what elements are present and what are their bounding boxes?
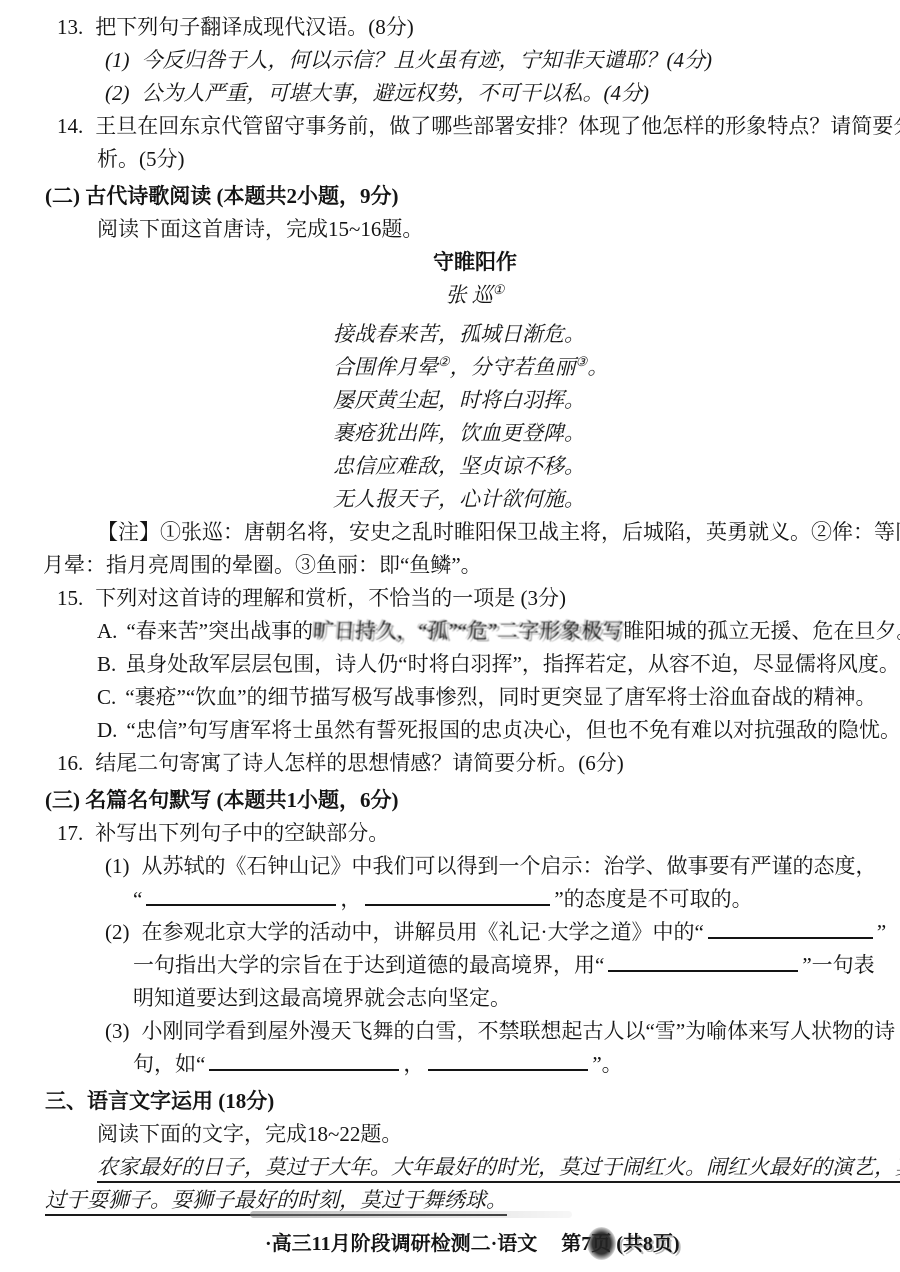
page-footer: ·高三11月阶段调研检测二·语文第7页 (共8页)	[265, 1228, 900, 1261]
option-c-label: C.	[97, 685, 116, 709]
q15-option-d: D.“忠信”句写唐军将士虽然有誓死报国的忠贞决心，但也不免有难以对抗强敌的隐忧。	[97, 714, 900, 747]
print-smudge-text: 旷日持久，“孤”“危”二字形象极写	[312, 615, 625, 648]
q13-head: 13.把下列句子翻译成现代汉语。(8分)	[57, 11, 900, 44]
footer-total-pages: (共8页)	[616, 1228, 679, 1261]
poem-note-line1: 【注】①张巡：唐朝名将，安史之乱时睢阳保卫战主将，后城陷，英勇就义。②侔：等同。	[97, 516, 900, 549]
q13-sub-2-text: 公为人严重，可堪大事，避远权势，不可干以私。(4分)	[142, 81, 649, 105]
q17-sub-1-number: (1)	[105, 854, 130, 878]
footnote-mark: ③	[576, 354, 588, 369]
poem-body: 接战春来苦，孤城日渐危。 合围侔月晕②，分守若鱼丽③。 屡厌黄尘起，时将白羽挥。…	[333, 318, 900, 516]
section2-intro: 阅读下面这首唐诗，完成15~16题。	[97, 213, 900, 246]
q17-sub-2-line1: (2)在参观北京大学的活动中，讲解员用《礼记·大学之道》中的“”	[105, 916, 900, 949]
poem-title: 守睢阳作	[0, 246, 900, 279]
q13-number: 13.	[57, 15, 83, 39]
footer-exam-title: ·高三11月阶段调研检测二·语文	[265, 1233, 537, 1255]
footer-page-number: 第7页 (共8页)	[561, 1233, 679, 1255]
section2-title: (二) 古代诗歌阅读 (本题共2小题，9分)	[45, 180, 900, 213]
q17-head: 17.补写出下列句子中的空缺部分。	[57, 817, 900, 850]
q16-head: 16.结尾二句寄寓了诗人怎样的思想情感？请简要分析。(6分)	[57, 747, 900, 780]
q14-line2: 析。(5分)	[97, 143, 900, 176]
q17-sub-2-line2: 一句指出大学的宗旨在于达到道德的最高境界，用“”一句表	[133, 949, 900, 982]
option-d-label: D.	[97, 718, 117, 742]
passage-line1: 农家最好的日子，莫过于大年。大年最好的时光，莫过于闹红火。闹红火最好的演艺，莫	[97, 1151, 900, 1184]
q15-option-c: C.“裹疮”“饮血”的细节描写极写战事惨烈，同时更突显了唐军将士浴血奋战的精神。	[97, 681, 900, 714]
q14-number: 14.	[57, 114, 83, 138]
q17-sub-3-line2: 句，如“，”。	[133, 1048, 900, 1081]
q17-sub-3-line1: (3)小刚同学看到屋外漫天飞舞的白雪，不禁联想起古人以“雪”为喻体来写人状物的诗	[105, 1015, 900, 1048]
poem-author-footnote-mark: ①	[493, 282, 505, 297]
section4-title: 三、语言文字运用 (18分)	[45, 1085, 900, 1118]
q15-option-b: B.虽身处敌军层层包围，诗人仍“时将白羽挥”，指挥若定，从容不迫，尽显儒将风度。	[97, 648, 900, 681]
q17-sub-3-number: (3)	[105, 1019, 130, 1043]
poem-line: 接战春来苦，孤城日渐危。	[333, 318, 900, 351]
poem-line: 忠信应难敌，坚贞谅不移。	[333, 450, 900, 483]
q17-number: 17.	[57, 821, 83, 845]
q17-sub-2-line3: 明知道要达到这最高境界就会志向坚定。	[133, 982, 900, 1015]
footnote-mark: ②	[438, 354, 450, 369]
poem-note-line2: 月晕：指月亮周围的晕圈。③鱼丽：即“鱼鳞”。	[43, 549, 900, 582]
q13-sub-1-number: (1)	[105, 48, 130, 72]
q16-text: 结尾二句寄寓了诗人怎样的思想情感？请简要分析。(6分)	[95, 751, 623, 775]
answer-blank	[708, 917, 873, 939]
option-b-label: B.	[97, 652, 116, 676]
q13-text: 把下列句子翻译成现代汉语。(8分)	[95, 15, 414, 39]
section4-intro: 阅读下面的文字，完成18~22题。	[97, 1118, 900, 1151]
poem-line: 裹疮犹出阵，饮血更登陴。	[333, 417, 900, 450]
poem-line: 无人报天子，心计欲何施。	[333, 483, 900, 516]
q15-option-a: A.“春来苦”突出战事的旷日持久，“孤”“危”二字形象极写睢阳城的孤立无援、危在…	[97, 615, 900, 648]
answer-blank	[365, 884, 550, 906]
answer-blank	[428, 1049, 588, 1071]
poem-line: 屡厌黄尘起，时将白羽挥。	[333, 384, 900, 417]
scan-smudge-streak	[250, 1211, 572, 1218]
section3-title: (三) 名篇名句默写 (本题共1小题，6分)	[45, 784, 900, 817]
q13-sub-2-number: (2)	[105, 81, 130, 105]
q15-head: 15.下列对这首诗的理解和赏析，不恰当的一项是 (3分)	[57, 582, 900, 615]
q13-sub-1-text: 今反归咎于人，何以示信？且火虽有迹，宁知非天谴耶？(4分)	[142, 48, 712, 72]
ink-blob-smudge: 页	[591, 1228, 611, 1261]
q14-line1: 14.王旦在回东京代管留守事务前，做了哪些部署安排？体现了他怎样的形象特点？请简…	[57, 110, 900, 143]
q15-number: 15.	[57, 586, 83, 610]
option-a-label: A.	[97, 619, 117, 643]
q14-text-line1: 王旦在回东京代管留守事务前，做了哪些部署安排？体现了他怎样的形象特点？请简要分	[95, 114, 900, 138]
q17-sub-2-number: (2)	[105, 920, 130, 944]
q13-sub-1: (1)今反归咎于人，何以示信？且火虽有迹，宁知非天谴耶？(4分)	[105, 44, 900, 77]
q13-sub-2: (2)公为人严重，可堪大事，避远权势，不可干以私。(4分)	[105, 77, 900, 110]
answer-blank	[146, 884, 336, 906]
q16-number: 16.	[57, 751, 83, 775]
poem-author: 张 巡①	[0, 279, 900, 312]
q17-sub-1-line2: “，”的态度是不可取的。	[133, 883, 900, 916]
poem-line: 合围侔月晕②，分守若鱼丽③。	[333, 351, 900, 384]
answer-blank	[209, 1049, 399, 1071]
exam-page: 13.把下列句子翻译成现代汉语。(8分) (1)今反归咎于人，何以示信？且火虽有…	[0, 0, 900, 1272]
poem-author-name: 张 巡	[446, 283, 493, 307]
q17-sub-1-line1: (1)从苏轼的《石钟山记》中我们可以得到一个启示：治学、做事要有严谨的态度，	[105, 850, 900, 883]
q17-text: 补写出下列句子中的空缺部分。	[95, 821, 389, 845]
q15-text: 下列对这首诗的理解和赏析，不恰当的一项是 (3分)	[95, 586, 566, 610]
answer-blank	[608, 950, 798, 972]
